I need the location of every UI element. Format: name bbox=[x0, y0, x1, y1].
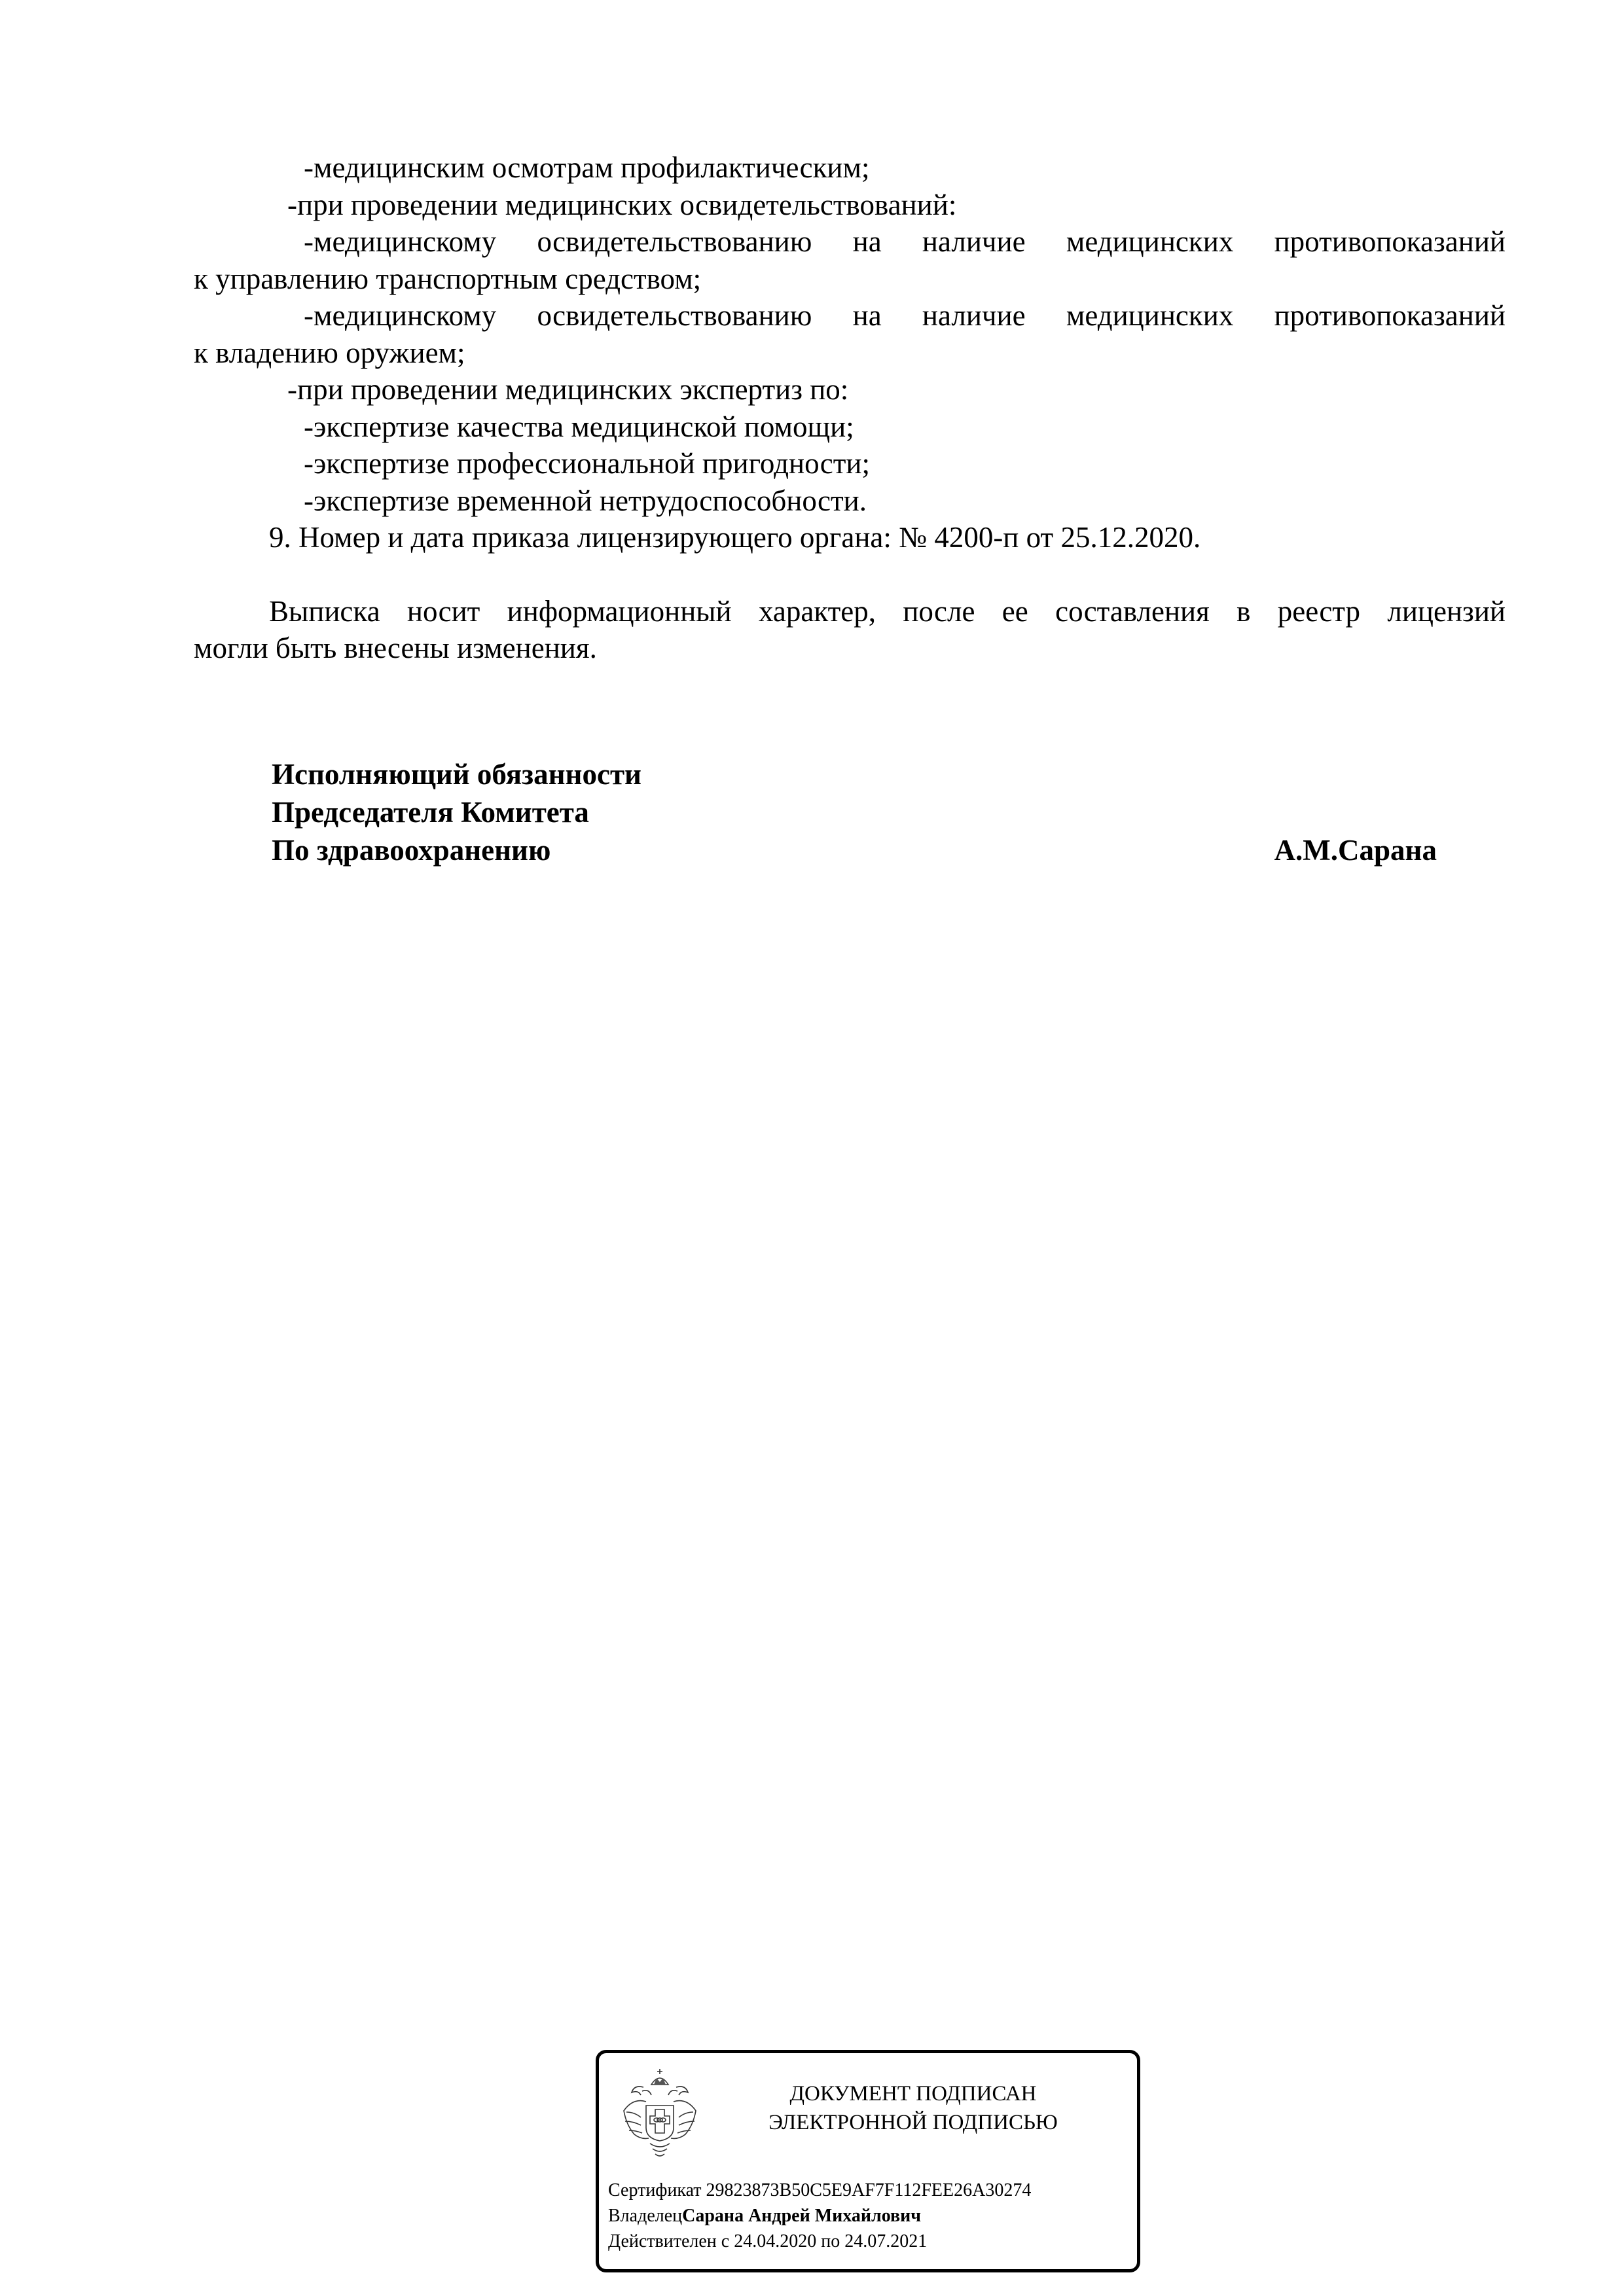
list-item: -экспертизе временной нетрудоспособности… bbox=[194, 482, 1506, 520]
order-number-line: 9. Номер и дата приказа лицензирующего о… bbox=[194, 519, 1506, 556]
stamp-title: ДОКУМЕНТ ПОДПИСАН ЭЛЕКТРОННОЙ ПОДПИСЬЮ bbox=[717, 2079, 1110, 2137]
owner-row: ВладелецСарана Андрей Михайлович bbox=[608, 2203, 1031, 2229]
certificate-label: Сертификат bbox=[608, 2180, 702, 2200]
signatory-block: Исполняющий обязанности Председателя Ком… bbox=[272, 755, 1437, 869]
list-item: -при проведении медицинских освидетельст… bbox=[194, 187, 1506, 224]
certificate-row: Сертификат 29823873B50C5E9AF7F112FEE26A3… bbox=[608, 2178, 1031, 2203]
list-item-continuation: к управлению транспортным средством; bbox=[194, 260, 1506, 298]
document-page: -медицинским осмотрам профилактическим; … bbox=[0, 0, 1624, 2296]
stamp-details: Сертификат 29823873B50C5E9AF7F112FEE26A3… bbox=[608, 2178, 1031, 2254]
list-item: -медицинскому освидетельствованию на нал… bbox=[194, 223, 1506, 260]
list-item: -медицинскому освидетельствованию на нал… bbox=[194, 297, 1506, 334]
list-item: -экспертизе профессиональной пригодности… bbox=[194, 445, 1506, 482]
validity-value: с 24.04.2020 по 24.07.2021 bbox=[721, 2231, 927, 2251]
owner-label: Владелец bbox=[608, 2206, 682, 2226]
certificate-value: 29823873B50C5E9AF7F112FEE26A30274 bbox=[706, 2180, 1032, 2200]
signatory-position: По здравоохранению bbox=[272, 831, 550, 869]
list-item: -медицинским осмотрам профилактическим; bbox=[194, 149, 1506, 187]
list-item: -при проведении медицинских экспертиз по… bbox=[194, 371, 1506, 408]
disclaimer-line: могли быть внесены изменения. bbox=[194, 630, 1506, 667]
signatory-name: А.М.Сарана bbox=[1274, 831, 1437, 869]
stamp-title-line: ДОКУМЕНТ ПОДПИСАН bbox=[717, 2079, 1110, 2108]
list-item-continuation: к владению оружием; bbox=[194, 334, 1506, 372]
signatory-position: Председателя Комитета bbox=[272, 793, 589, 831]
electronic-signature-stamp: ДОКУМЕНТ ПОДПИСАН ЭЛЕКТРОННОЙ ПОДПИСЬЮ С… bbox=[596, 2050, 1140, 2272]
signatory-position: Исполняющий обязанности bbox=[272, 755, 641, 793]
license-extract-body: -медицинским осмотрам профилактическим; … bbox=[194, 149, 1506, 667]
validity-row: Действителен с 24.04.2020 по 24.07.2021 bbox=[608, 2229, 1031, 2254]
validity-label: Действителен bbox=[608, 2231, 717, 2251]
disclaimer-line: Выписка носит информационный характер, п… bbox=[194, 593, 1506, 630]
owner-value: Сарана Андрей Михайлович bbox=[682, 2206, 921, 2226]
list-item: -экспертизе качества медицинской помощи; bbox=[194, 408, 1506, 446]
stamp-title-line: ЭЛЕКТРОННОЙ ПОДПИСЬЮ bbox=[717, 2108, 1110, 2137]
coat-of-arms-icon bbox=[617, 2065, 702, 2163]
